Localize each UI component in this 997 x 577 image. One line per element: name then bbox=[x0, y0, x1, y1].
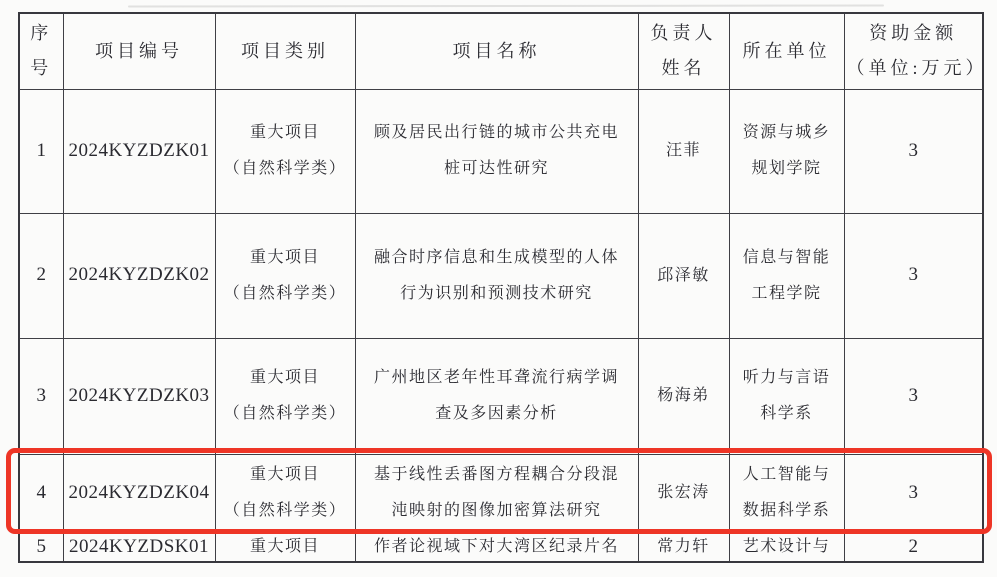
cell-project-title: 作者论视域下对大湾区纪录片名 bbox=[355, 532, 638, 562]
cell-unit: 艺术设计与 bbox=[729, 532, 844, 562]
cell-unit: 信息与智能 工程学院 bbox=[729, 213, 844, 338]
header-project-title: 项目名称 bbox=[355, 13, 638, 89]
cell-project-code: 2024KYZDZK03 bbox=[63, 338, 215, 454]
header-unit: 所在单位 bbox=[729, 13, 844, 89]
cell-leader-name: 汪菲 bbox=[638, 89, 729, 213]
cell-leader-name: 张宏涛 bbox=[638, 454, 729, 532]
scanned-document-page: { "page": { "background": "#fbfbfa", "te… bbox=[0, 0, 997, 577]
cell-funding-amount: 3 bbox=[844, 213, 983, 338]
cell-leader-name: 常力轩 bbox=[638, 532, 729, 562]
cell-funding-amount: 2 bbox=[844, 532, 983, 562]
cell-funding-amount: 3 bbox=[844, 89, 983, 213]
cell-project-code: 2024KYZDZK02 bbox=[63, 213, 215, 338]
cell-index: 2 bbox=[19, 213, 63, 338]
cell-project-code: 2024KYZDZK04 bbox=[63, 454, 215, 532]
cell-index: 5 bbox=[19, 532, 63, 562]
cell-project-title: 顾及居民出行链的城市公共充电 桩可达性研究 bbox=[355, 89, 638, 213]
cell-index: 3 bbox=[19, 338, 63, 454]
header-index: 序 号 bbox=[19, 13, 63, 89]
cell-project-title: 基于线性丢番图方程耦合分段混 沌映射的图像加密算法研究 bbox=[355, 454, 638, 532]
cell-project-category: 重大项目 （自然科学类） bbox=[215, 213, 355, 338]
cell-unit: 人工智能与 数据科学系 bbox=[729, 454, 844, 532]
cell-unit: 听力与言语 科学系 bbox=[729, 338, 844, 454]
cell-project-code: 2024KYZDZK01 bbox=[63, 89, 215, 213]
table-row: 2 2024KYZDZK02 重大项目 （自然科学类） 融合时序信息和生成模型的… bbox=[19, 213, 983, 338]
cell-leader-name: 杨海弟 bbox=[638, 338, 729, 454]
cell-leader-name: 邱泽敏 bbox=[638, 213, 729, 338]
table-row: 5 2024KYZDSK01 重大项目 作者论视域下对大湾区纪录片名 常力轩 艺… bbox=[19, 532, 983, 562]
funding-projects-table: 序 号 项目编号 项目类别 项目名称 负责人 姓名 所在单位 资助金额 （单位:… bbox=[18, 12, 984, 563]
cell-funding-amount: 3 bbox=[844, 454, 983, 532]
header-project-code: 项目编号 bbox=[63, 13, 215, 89]
cell-unit: 资源与城乡 规划学院 bbox=[729, 89, 844, 213]
cell-project-category: 重大项目 （自然科学类） bbox=[215, 338, 355, 454]
table-row-highlighted: 4 2024KYZDZK04 重大项目 （自然科学类） 基于线性丢番图方程耦合分… bbox=[19, 454, 983, 532]
table-row: 3 2024KYZDZK03 重大项目 （自然科学类） 广州地区老年性耳聋流行病… bbox=[19, 338, 983, 454]
header-project-category: 项目类别 bbox=[215, 13, 355, 89]
header-funding-amount: 资助金额 （单位:万元） bbox=[844, 13, 983, 89]
header-leader-name: 负责人 姓名 bbox=[638, 13, 729, 89]
cell-project-title: 广州地区老年性耳聋流行病学调 查及多因素分析 bbox=[355, 338, 638, 454]
cell-project-category: 重大项目 bbox=[215, 532, 355, 562]
cell-funding-amount: 3 bbox=[844, 338, 983, 454]
scan-smudge-line bbox=[128, 4, 884, 7]
cell-index: 1 bbox=[19, 89, 63, 213]
cell-project-category: 重大项目 （自然科学类） bbox=[215, 89, 355, 213]
cell-project-category: 重大项目 （自然科学类） bbox=[215, 454, 355, 532]
cell-project-code: 2024KYZDSK01 bbox=[63, 532, 215, 562]
cell-index: 4 bbox=[19, 454, 63, 532]
table-header-row: 序 号 项目编号 项目类别 项目名称 负责人 姓名 所在单位 资助金额 （单位:… bbox=[19, 13, 983, 89]
cell-project-title: 融合时序信息和生成模型的人体 行为识别和预测技术研究 bbox=[355, 213, 638, 338]
table-row: 1 2024KYZDZK01 重大项目 （自然科学类） 顾及居民出行链的城市公共… bbox=[19, 89, 983, 213]
